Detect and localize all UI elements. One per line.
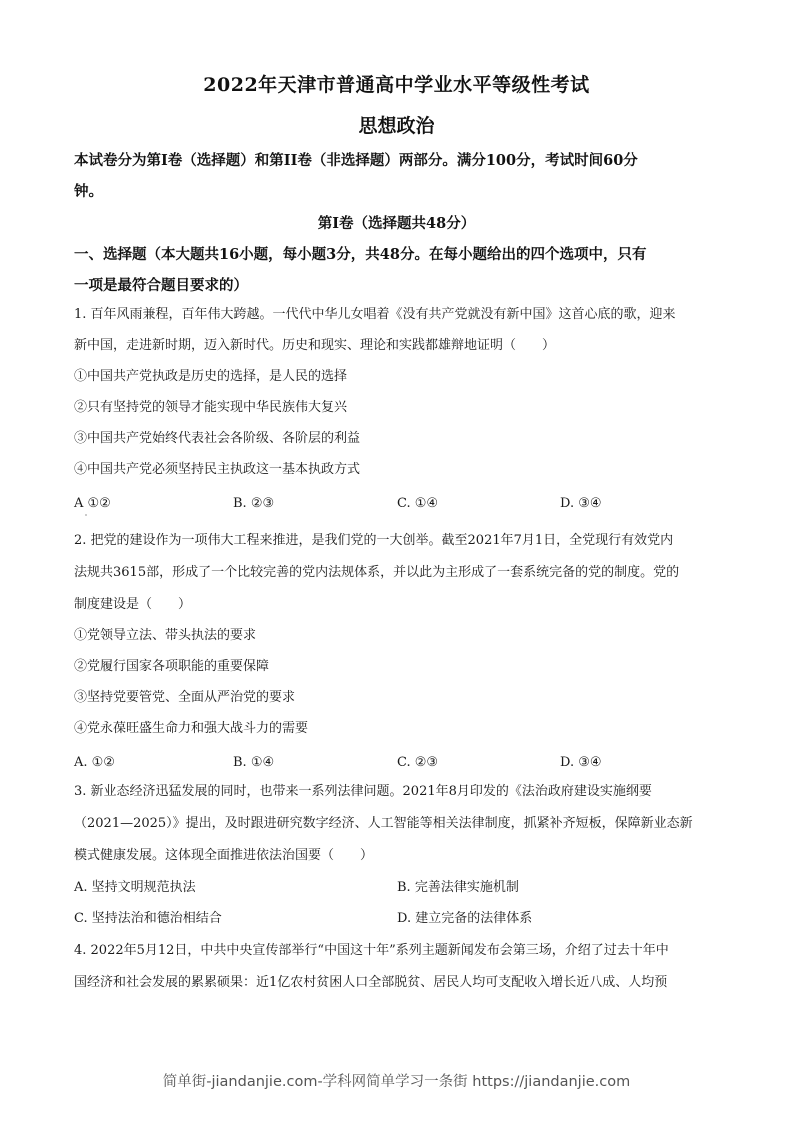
question-1-statement-2: ②只有坚持党的领导才能实现中华民族伟大复兴 [74,398,347,418]
question-1-option-c: C. ①④ [397,494,438,514]
question-3-option-d: D. 建立完备的法律体系 [397,909,532,929]
section-1-heading: 第Ⅰ卷（选择题共48分） [0,211,793,237]
section-1-instructions-line-2: 一项是最符合题目要求的） [74,270,734,301]
question-4-stem-line-1: 4. 2022年5月12日，中共中央宣传部举行“中国这十年”系列主题新闻发布会第… [74,941,669,961]
question-1-option-b: B. ②③ [233,494,274,514]
question-2-option-d: D. ③④ [560,753,602,773]
intro-line-2: 钟。 [74,176,734,207]
question-2-option-a: A. ①② [74,753,115,773]
question-2-option-b: B. ①④ [233,753,274,773]
question-1-statement-3: ③中国共产党始终代表社会各阶级、各阶层的利益 [74,429,360,449]
question-1-option-d: D. ③④ [560,494,602,514]
question-2-statement-3: ③坚持党要管党、全面从严治党的要求 [74,688,295,708]
exam-page: 2022年天津市普通高中学业水平等级性考试 思想政治 本试卷分为第Ⅰ卷（选择题）… [0,0,793,1122]
question-3-option-c: C. 坚持法治和德治相结合 [74,909,222,929]
exam-subject: 思想政治 [0,113,793,139]
footer-watermark: 简单街-jiandanjie.com-学科网简单学习一条街 https://ji… [0,1071,793,1093]
question-4-stem-line-2: 国经济和社会发展的累累硕果：近1亿农村贫困人口全部脱贫、居民人均可支配收入增长近… [74,973,667,993]
question-2-stem-line-2: 法规共3615部，形成了一个比较完善的党内法规体系，并以此为主形成了一套系统完备… [74,563,679,583]
question-3-stem-line-3: 模式健康发展。这体现全面推进依法治国要（ ） [74,846,373,866]
question-1-option-a: A ①② [74,494,111,514]
question-1-statement-1: ①中国共产党执政是历史的选择，是人民的选择 [74,367,347,387]
intro-line-1: 本试卷分为第Ⅰ卷（选择题）和第II卷（非选择题）两部分。满分100分，考试时间6… [74,145,734,176]
question-2-stem-line-1: 2. 把党的建设作为一项伟大工程来推进，是我们党的一大创举。截至2021年7月1… [74,531,673,551]
question-3-option-b: B. 完善法律实施机制 [397,878,519,898]
question-2-option-c: C. ②③ [397,753,438,773]
question-1-stem-line-1: 1. 百年风雨兼程，百年伟大跨越。一代代中华儿女唱着《没有共产党就没有新中国》这… [74,305,676,325]
question-2-stem-line-3: 制度建设是（ ） [74,595,191,615]
question-1-statement-4: ④中国共产党必须坚持民主执政这一基本执政方式 [74,460,360,480]
question-2-statement-1: ①党领导立法、带头执法的要求 [74,626,256,646]
scan-artifact-dot [85,514,87,516]
exam-title: 2022年天津市普通高中学业水平等级性考试 [0,72,793,98]
question-2-statement-2: ②党履行国家各项职能的重要保障 [74,657,269,677]
question-3-option-a: A. 坚持文明规范执法 [74,878,196,898]
question-1-stem-line-2: 新中国，走进新时期，迈入新时代。历史和现实、理论和实践都雄辩地证明（ ） [74,336,555,356]
question-3-stem-line-1: 3. 新业态经济迅猛发展的同时，也带来一系列法律问题。2021年8月印发的《法治… [74,782,652,802]
section-1-instructions-line-1: 一、选择题（本大题共16小题，每小题3分，共48分。在每小题给出的四个选项中，只… [74,239,734,270]
question-3-stem-line-2: （2021—2025）》提出，及时跟进研究数字经济、人工智能等相关法律制度，抓紧… [74,814,693,834]
question-2-statement-4: ④党永葆旺盛生命力和强大战斗力的需要 [74,719,308,739]
